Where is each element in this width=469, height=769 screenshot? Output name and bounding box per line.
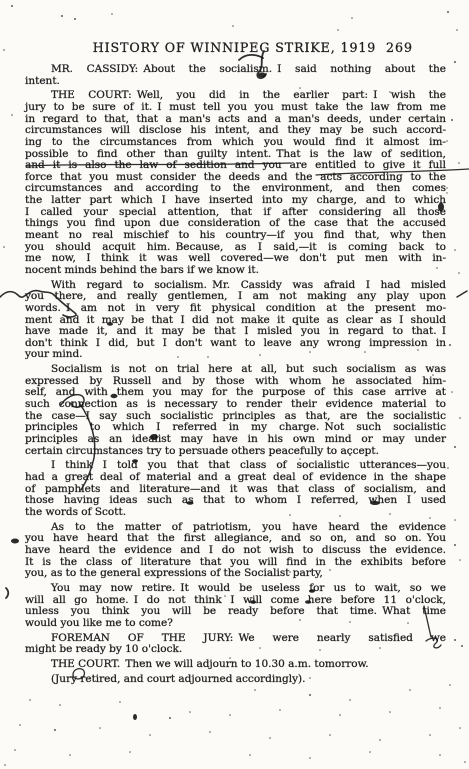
paragraph: (Jury retired, and court adjourned accor…	[25, 674, 446, 686]
scan-speck	[19, 724, 21, 726]
paragraph: THE COURT. Then we will adjourn to 10.30…	[25, 659, 446, 671]
scan-speck	[129, 751, 131, 753]
scan-speck	[337, 29, 339, 31]
text-line: don't think I did, but I don't want to l…	[25, 338, 446, 350]
scan-speck	[99, 727, 101, 729]
paragraph: THE COURT: Well, you did in the earlier …	[25, 90, 446, 276]
paragraph: FOREMAN OF THE JURY: We were nearly sati…	[25, 633, 446, 656]
scan-speck	[229, 714, 231, 716]
text-line: meant no real mischief to his country—if…	[25, 230, 446, 242]
scan-speck	[454, 446, 456, 448]
scan-speck	[458, 162, 460, 164]
scan-speck	[389, 711, 391, 713]
text-line: have heard the evidence and I do not wis…	[25, 545, 446, 557]
scan-speck	[447, 467, 449, 469]
scan-speck	[459, 417, 461, 419]
scan-speck	[447, 11, 449, 13]
scan-speck	[439, 754, 441, 756]
scanned-page: HISTORY OF WINNIPEG STRIKE, 1919 269 MR.…	[0, 0, 469, 769]
scan-speck	[254, 689, 256, 691]
scan-speck	[11, 114, 13, 116]
scan-speck	[446, 140, 448, 142]
text-line: nocent minds behind the bars if we know …	[25, 265, 446, 277]
scan-speck	[279, 709, 281, 711]
scan-speck	[454, 639, 456, 641]
scan-speck	[459, 559, 461, 561]
scan-speck	[232, 25, 234, 27]
scan-speck	[451, 391, 453, 393]
scan-speck	[458, 272, 460, 274]
scan-speck	[69, 754, 71, 756]
text-line: MR. CASSIDY: About the socialism. I said…	[25, 64, 446, 76]
scan-speck	[329, 734, 331, 736]
scan-speck	[379, 739, 381, 741]
scan-speck	[349, 699, 351, 701]
ink-blot	[11, 539, 19, 544]
scan-speck	[169, 717, 171, 719]
text-line: such connection as is necessary to rende…	[25, 399, 446, 411]
scan-speck	[454, 544, 456, 546]
text-line: jury to be sure of it. I must tell you y…	[25, 102, 446, 114]
scan-speck	[61, 15, 63, 17]
scan-speck	[429, 734, 431, 736]
text-line: words. I am not in very fit physical con…	[25, 303, 446, 315]
scan-speck	[464, 761, 466, 763]
paragraph: MR. CASSIDY: About the socialism. I said…	[25, 64, 446, 87]
text-line: have made it, and it may be that I misle…	[25, 326, 446, 338]
page-number: 269	[386, 40, 413, 55]
scan-speck	[59, 704, 61, 706]
scan-speck	[14, 749, 16, 751]
scan-speck	[409, 689, 411, 691]
scan-speck	[461, 645, 463, 647]
paragraph: You may now retire. It would be useless …	[25, 583, 446, 630]
scan-speck	[149, 734, 151, 736]
scan-speck	[339, 714, 341, 716]
text-line: your mind.	[25, 349, 446, 361]
paragraph: As to the matter of patriotism, you have…	[25, 522, 446, 580]
scan-speck	[4, 764, 6, 766]
text-line: would you like me to come?	[25, 618, 446, 630]
scan-speck	[249, 754, 251, 756]
page-header: HISTORY OF WINNIPEG STRIKE, 1919 269	[0, 40, 469, 56]
scan-speck	[3, 246, 5, 248]
scan-speck	[11, 5, 13, 7]
text-line: ing to the circumstances from which you …	[25, 137, 446, 149]
pen-mark	[457, 291, 467, 297]
scan-speck	[456, 29, 458, 31]
scan-speck	[74, 18, 76, 20]
scan-speck	[454, 519, 456, 521]
scan-speck	[446, 192, 447, 193]
text-line: intent.	[25, 76, 446, 88]
paragraph: Socialism is not on trial here at all, b…	[25, 364, 446, 457]
scan-speck	[351, 17, 353, 19]
scan-speck	[459, 727, 461, 729]
scan-speck	[309, 694, 311, 696]
text-line: the words of Scott.	[25, 507, 446, 519]
scan-speck	[454, 61, 456, 63]
scan-speck	[29, 699, 31, 701]
scan-speck	[454, 249, 456, 251]
text-line: might be ready by 10 o'clock.	[25, 644, 446, 656]
pen-mark	[6, 588, 8, 598]
text-line: had a great deal of material and a great…	[25, 472, 446, 484]
text-line: principles as an idealist may have in hi…	[25, 434, 446, 446]
scan-speck	[439, 707, 441, 709]
scan-speck	[446, 187, 447, 188]
scan-speck	[119, 701, 121, 703]
scan-speck	[369, 751, 371, 753]
text-line: the latter part which I have inserted in…	[25, 195, 446, 207]
paragraph: I think I told you that that class of so…	[25, 460, 446, 518]
text-line: you, as to the general expressions of th…	[25, 568, 446, 580]
scan-speck	[269, 737, 271, 739]
text-line: THE COURT. Then we will adjourn to 10.30…	[25, 659, 446, 671]
scan-speck	[451, 119, 453, 121]
scan-speck	[449, 344, 451, 346]
scan-speck	[209, 731, 211, 733]
scan-speck	[449, 684, 451, 686]
page-body: MR. CASSIDY: About the socialism. I said…	[25, 64, 446, 689]
scan-speck	[111, 13, 113, 15]
scan-speck	[309, 757, 311, 759]
scan-speck	[54, 729, 56, 731]
paragraph: With regard to socialism. Mr. Cassidy wa…	[25, 280, 446, 361]
ink-blot	[133, 714, 137, 720]
text-line: certain circumstances try to persuade ot…	[25, 446, 446, 458]
text-line: You may now retire. It would be useless …	[25, 583, 446, 595]
text-line: (Jury retired, and court adjourned accor…	[25, 674, 446, 686]
scan-speck	[189, 711, 191, 713]
